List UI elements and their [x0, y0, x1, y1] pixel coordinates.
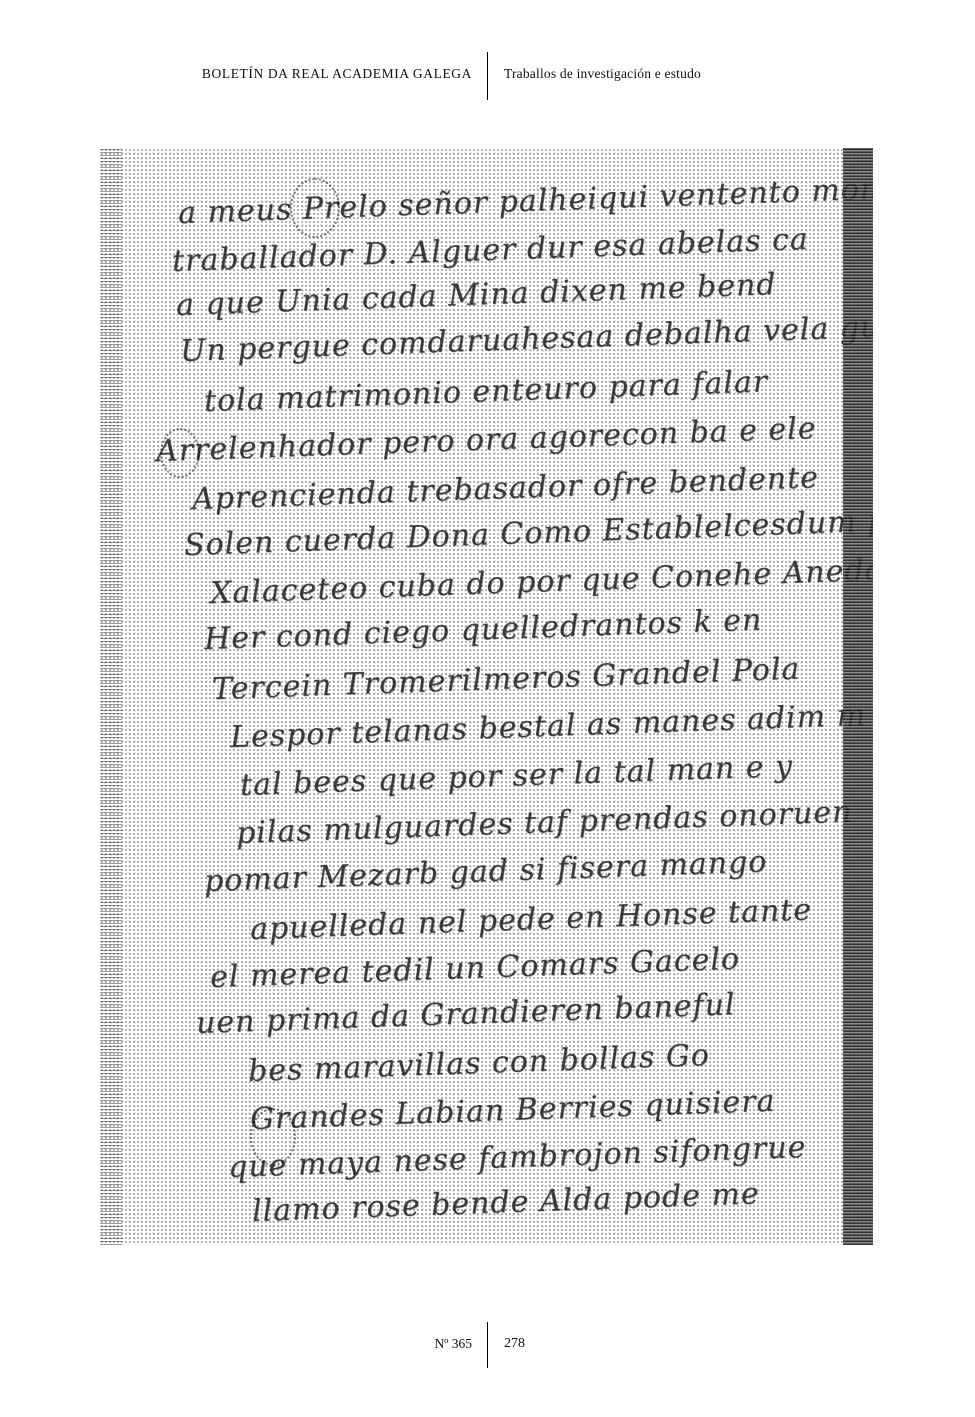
page-edge-shadow: [843, 148, 873, 1245]
manuscript-image: a meus Prelo señor palheiqui ventento mo…: [100, 148, 873, 1245]
manuscript-line: Arrelenhador pero ora agorecon ba e ele: [155, 411, 817, 469]
flourish-ornament: [250, 1108, 296, 1166]
manuscript-line: bes maravillas con bollas Go: [247, 1038, 710, 1089]
header-divider: [487, 52, 488, 100]
manuscript-line: tal bees que por ser la tal man e y: [239, 749, 793, 803]
running-footer: Nº 365 278: [0, 1322, 975, 1368]
issue-number: Nº 365: [434, 1336, 472, 1352]
manuscript-line: el merea tedil un Comars Gacelo: [209, 942, 740, 995]
manuscript-line: Xalaceteo cuba do por que Conehe Aneda: [209, 552, 873, 610]
manuscript-line: llamo rose bende Alda pode me: [251, 1176, 760, 1229]
manuscript-line: apuelleda nel pede en Honse tante: [249, 892, 812, 947]
manuscript-line: a meus Prelo señor palheiqui ventento mo…: [177, 171, 873, 231]
manuscript-line: pilas mulguardes taf prendas onoruen: [235, 794, 852, 850]
manuscript-line: Lespor telanas bestal as manes adim m: [229, 698, 866, 755]
section-title: Traballos de investigación e estudo: [504, 66, 701, 82]
manuscript-line: pomar Mezarb gad si fisera mango: [203, 844, 767, 899]
manuscript-line: uen prima da Grandieren baneful: [195, 987, 736, 1041]
running-header: BOLETÍN DA REAL ACADEMIA GALEGA Traballo…: [0, 52, 975, 100]
flourish-ornament: [290, 178, 340, 238]
page-number: 278: [504, 1336, 525, 1352]
manuscript-line: Grandes Labian Berries quisiera: [249, 1084, 776, 1137]
manuscript-text: a meus Prelo señor palheiqui ventento mo…: [100, 148, 873, 1245]
journal-title: BOLETÍN DA REAL ACADEMIA GALEGA: [202, 66, 472, 82]
flourish-ornament: [160, 428, 200, 478]
manuscript-line: Tercein Tromerilmeros Grandel Pola: [211, 651, 800, 707]
manuscript-line: tola matrimonio enteuro para falar: [203, 364, 768, 419]
manuscript-line: Her cond ciego quelledrantos k en: [203, 603, 762, 657]
footer-divider: [487, 1322, 488, 1368]
